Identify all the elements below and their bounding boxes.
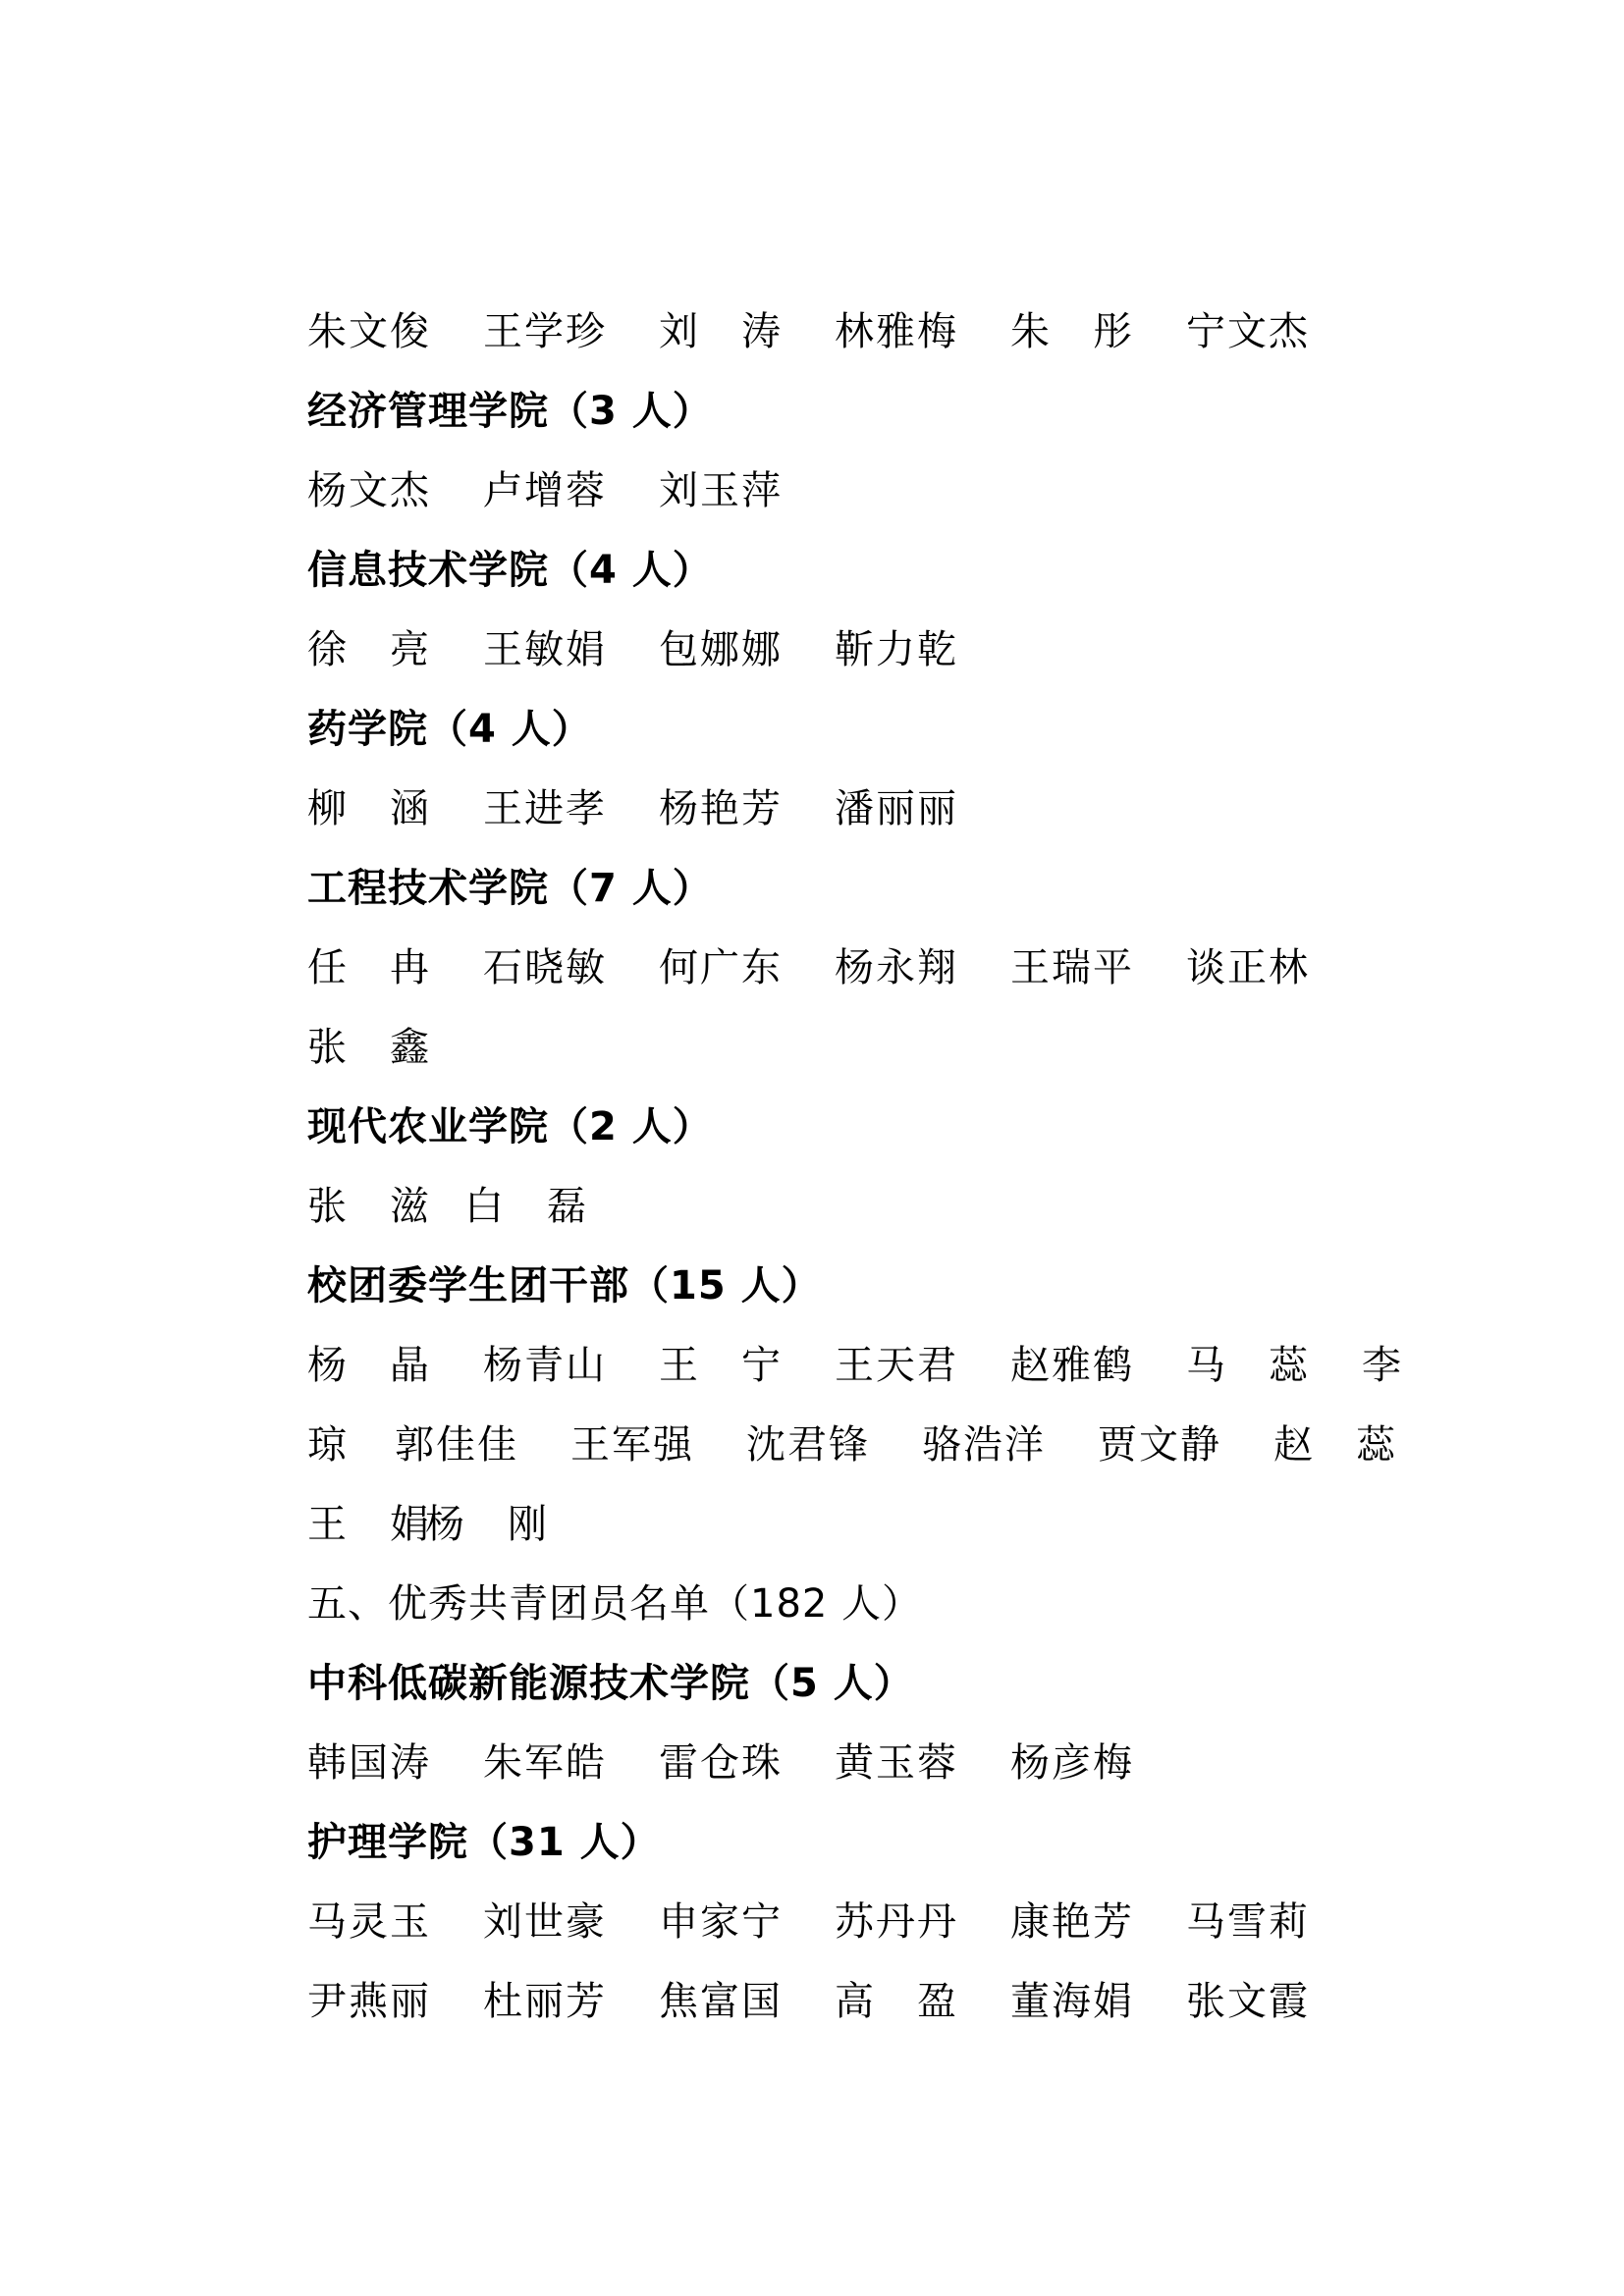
person-name: 宁文杰 [1186, 302, 1362, 361]
person-name: 朱军皓 [483, 1734, 659, 1792]
section-heading: 五、优秀共青团员名单（182 人） [307, 1575, 1436, 1654]
person-name: 马灵玉 [307, 1893, 483, 1951]
person-name: 刘 涛 [659, 302, 835, 361]
person-name: 刘玉萍 [659, 461, 835, 520]
person-name: 黄玉蓉 [835, 1734, 1010, 1792]
person-name: 琼 [307, 1415, 395, 1474]
name-row: 杨文杰 卢增蓉 刘玉萍 [307, 461, 1436, 541]
person-name: 贾文静 [1098, 1415, 1273, 1474]
name-row: 王 娟 杨 刚 [307, 1495, 1436, 1575]
name-row: 朱文俊 王学珍 刘 涛 林雅梅 朱 彤 宁文杰 [307, 302, 1436, 382]
person-name: 林雅梅 [835, 302, 1010, 361]
person-name: 张 滋 [307, 1177, 464, 1236]
name-row: 徐 亮 王敏娟 包娜娜 靳力乾 [307, 620, 1436, 700]
person-name: 马 蕊 [1186, 1336, 1362, 1395]
person-name: 靳力乾 [835, 620, 1010, 679]
name-row: 张 滋 白 磊 [307, 1177, 1436, 1256]
person-name: 沈君锋 [746, 1415, 922, 1474]
college-heading: 药学院（4 人） [307, 700, 1436, 779]
person-name: 赵 蕊 [1273, 1415, 1449, 1474]
person-name: 马雪莉 [1186, 1893, 1362, 1951]
person-name: 王学珍 [483, 302, 659, 361]
person-name: 焦富国 [659, 1972, 835, 2031]
person-name: 苏丹丹 [835, 1893, 1010, 1951]
person-name: 卢增蓉 [483, 461, 659, 520]
person-name: 杨 晶 [307, 1336, 483, 1395]
person-name: 郭佳佳 [395, 1415, 570, 1474]
person-name: 杨文杰 [307, 461, 483, 520]
person-name: 杨永翔 [835, 938, 1010, 997]
college-heading: 校团委学生团干部（15 人） [307, 1256, 1436, 1336]
person-name: 谈正林 [1186, 938, 1362, 997]
name-row: 柳 涵 王进孝 杨艳芳 潘丽丽 [307, 779, 1436, 859]
person-name: 王瑞平 [1010, 938, 1186, 997]
person-name: 张文霞 [1186, 1972, 1362, 2031]
person-name: 任 冉 [307, 938, 483, 997]
person-name: 潘丽丽 [835, 779, 1010, 838]
name-row: 任 冉 石晓敏 何广东 杨永翔 王瑞平 谈正林 [307, 938, 1436, 1018]
name-row: 韩国涛 朱军皓 雷仓珠 黄玉蓉 杨彦梅 [307, 1734, 1436, 1813]
person-name: 杨艳芳 [659, 779, 835, 838]
person-name: 白 磊 [464, 1177, 640, 1236]
person-name: 朱文俊 [307, 302, 483, 361]
person-name: 赵雅鹤 [1010, 1336, 1186, 1395]
person-name: 包娜娜 [659, 620, 835, 679]
name-row: 杨 晶 杨青山 王 宁 王天君 赵雅鹤 马 蕊 李 [307, 1336, 1436, 1415]
person-name: 杨 刚 [425, 1495, 601, 1554]
person-name: 董海娟 [1010, 1972, 1186, 2031]
person-name: 李 [1362, 1336, 1421, 1395]
person-name: 朱 彤 [1010, 302, 1186, 361]
person-name: 王进孝 [483, 779, 659, 838]
college-heading: 现代农业学院（2 人） [307, 1097, 1436, 1177]
document-page: 朱文俊 王学珍 刘 涛 林雅梅 朱 彤 宁文杰 经济管理学院（3 人） 杨文杰 … [307, 302, 1436, 2052]
person-name: 张 鑫 [307, 1018, 483, 1077]
person-name: 王军强 [570, 1415, 746, 1474]
person-name: 徐 亮 [307, 620, 483, 679]
person-name: 申家宁 [659, 1893, 835, 1951]
college-heading: 信息技术学院（4 人） [307, 541, 1436, 620]
person-name: 雷仓珠 [659, 1734, 835, 1792]
person-name: 康艳芳 [1010, 1893, 1186, 1951]
person-name: 何广东 [659, 938, 835, 997]
person-name: 尹燕丽 [307, 1972, 483, 2031]
person-name: 石晓敏 [483, 938, 659, 997]
person-name: 王天君 [835, 1336, 1010, 1395]
name-row: 张 鑫 [307, 1018, 1436, 1097]
person-name: 王 娟 [307, 1495, 425, 1554]
name-row: 琼 郭佳佳 王军强 沈君锋 骆浩洋 贾文静 赵 蕊 [307, 1415, 1436, 1495]
person-name: 高 盈 [835, 1972, 1010, 2031]
person-name: 王敏娟 [483, 620, 659, 679]
person-name: 韩国涛 [307, 1734, 483, 1792]
name-row: 马灵玉 刘世豪 申家宁 苏丹丹 康艳芳 马雪莉 [307, 1893, 1436, 1972]
name-row: 尹燕丽 杜丽芳 焦富国 高 盈 董海娟 张文霞 [307, 1972, 1436, 2052]
person-name: 杜丽芳 [483, 1972, 659, 2031]
person-name: 王 宁 [659, 1336, 835, 1395]
college-heading: 中科低碳新能源技术学院（5 人） [307, 1654, 1436, 1734]
person-name: 杨彦梅 [1010, 1734, 1186, 1792]
college-heading: 护理学院（31 人） [307, 1813, 1436, 1893]
person-name: 骆浩洋 [922, 1415, 1098, 1474]
person-name: 柳 涵 [307, 779, 483, 838]
college-heading: 经济管理学院（3 人） [307, 382, 1436, 461]
person-name: 刘世豪 [483, 1893, 659, 1951]
person-name: 杨青山 [483, 1336, 659, 1395]
college-heading: 工程技术学院（7 人） [307, 859, 1436, 938]
